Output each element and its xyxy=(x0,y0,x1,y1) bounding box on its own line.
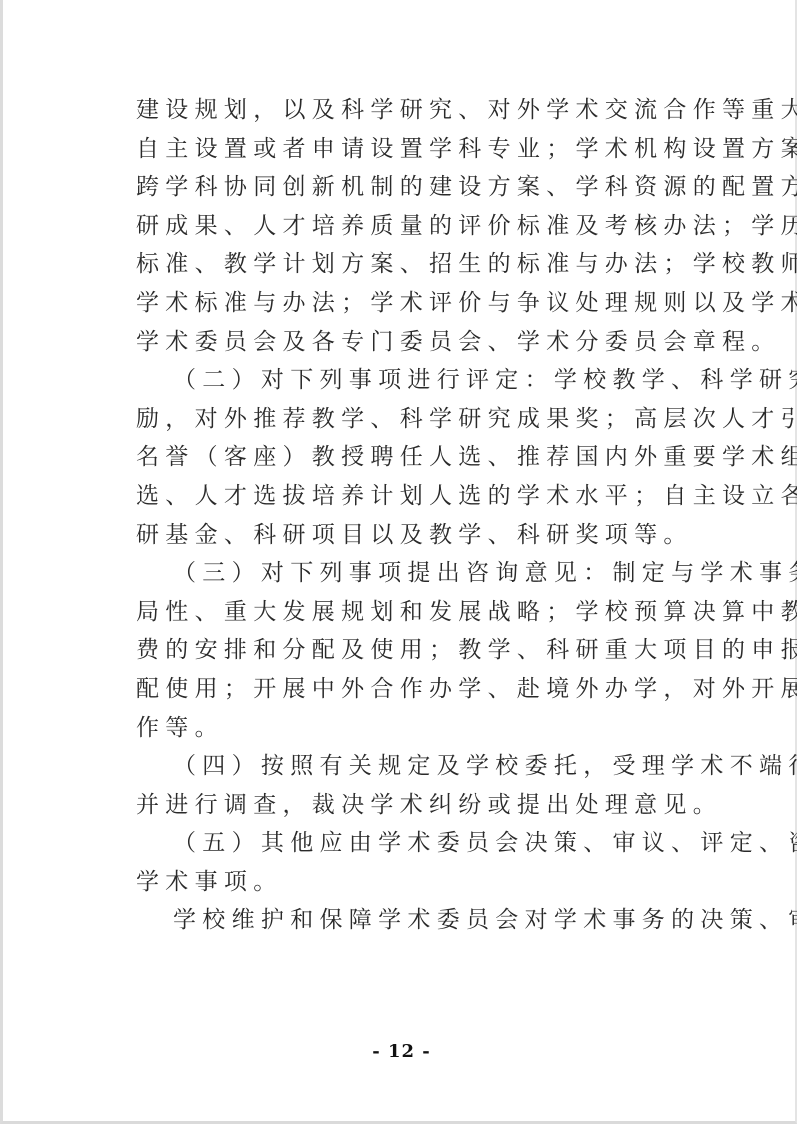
paragraph-item-4: （四）按照有关规定及学校委托，受理学术不端行为的举报 并进行调查，裁决学术纠纷或… xyxy=(136,747,736,824)
text-line: （三）对下列事项提出咨询意见：制定与学术事务相关的全 xyxy=(136,554,736,593)
text-line: 名誉（客座）教授聘任人选、推荐国内外重要学术组织的任职人 xyxy=(136,438,736,477)
page-number: - 12 - xyxy=(3,1041,797,1062)
text-line: 研基金、科研项目以及教学、科研奖项等。 xyxy=(136,516,736,555)
text-line: 学校维护和保障学术委员会对学术事务的决策、审议、评定 xyxy=(136,901,736,940)
text-line: 局性、重大发展规划和发展战略；学校预算决算中教学、科研经 xyxy=(136,593,736,632)
paragraph-item-3: （三）对下列事项提出咨询意见：制定与学术事务相关的全 局性、重大发展规划和发展战… xyxy=(136,554,736,747)
text-line: （五）其他应由学术委员会决策、审议、评定、咨询的重要 xyxy=(136,824,736,863)
paragraph-closing: 学校维护和保障学术委员会对学术事务的决策、审议、评定 xyxy=(136,901,736,940)
text-line: 选、人才选拔培养计划人选的学术水平；自主设立各类学术、科 xyxy=(136,477,736,516)
text-line: 学术委员会及各专门委员会、学术分委员会章程。 xyxy=(136,323,736,362)
body-text: 建设规划，以及科学研究、对外学术交流合作等重大学术规划； 自主设置或者申请设置学… xyxy=(136,91,736,940)
text-line: （二）对下列事项进行评定：学校教学、科学研究成果和奖 xyxy=(136,361,736,400)
text-line: 自主设置或者申请设置学科专业；学术机构设置方案，交叉学科、 xyxy=(136,130,736,169)
paragraph-item-5: （五）其他应由学术委员会决策、审议、评定、咨询的重要 学术事项。 xyxy=(136,824,736,901)
text-line: 跨学科协同创新机制的建设方案、学科资源的配置方案；教学科 xyxy=(136,168,736,207)
text-line: （四）按照有关规定及学校委托，受理学术不端行为的举报 xyxy=(136,747,736,786)
document-page: 建设规划，以及科学研究、对外学术交流合作等重大学术规划； 自主设置或者申请设置学… xyxy=(0,0,797,1124)
text-line: 费的安排和分配及使用；教学、科研重大项目的申报及资金的分 xyxy=(136,631,736,670)
text-line: 学术标准与办法；学术评价与争议处理规则以及学术道德规范； xyxy=(136,284,736,323)
text-line: 学术事项。 xyxy=(136,863,736,902)
text-line: 励，对外推荐教学、科学研究成果奖；高层次人才引进岗位人选、 xyxy=(136,400,736,439)
paragraph-item-2: （二）对下列事项进行评定：学校教学、科学研究成果和奖 励，对外推荐教学、科学研究… xyxy=(136,361,736,554)
paragraph-continued: 建设规划，以及科学研究、对外学术交流合作等重大学术规划； 自主设置或者申请设置学… xyxy=(136,91,736,361)
text-line: 建设规划，以及科学研究、对外学术交流合作等重大学术规划； xyxy=(136,91,736,130)
text-line: 标准、教学计划方案、招生的标准与办法；学校教师职务聘任的 xyxy=(136,245,736,284)
text-line: 研成果、人才培养质量的评价标准及考核办法；学历教育的培养 xyxy=(136,207,736,246)
text-line: 配使用；开展中外合作办学、赴境外办学，对外开展重大项目合 xyxy=(136,670,736,709)
text-line: 作等。 xyxy=(136,709,736,748)
text-line: 并进行调查，裁决学术纠纷或提出处理意见。 xyxy=(136,786,736,825)
